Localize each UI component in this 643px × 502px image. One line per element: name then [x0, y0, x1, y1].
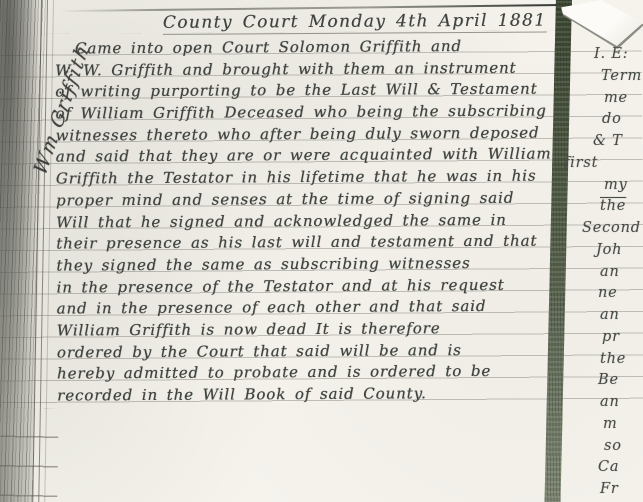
page-fragment: so — [604, 438, 643, 460]
page-fragment: m — [603, 416, 643, 438]
page-fragment: the — [600, 351, 643, 373]
handwritten-record: County Court Monday 4th April 1881 Came … — [55, 10, 559, 408]
record-line: Will that he signed and acknowledged the… — [56, 210, 558, 235]
page-fragment: an — [600, 264, 643, 286]
page-fragment: do — [602, 111, 643, 133]
record-line: in the presence of the Testator and at h… — [56, 275, 558, 300]
record-line: Came into open Court Solomon Griffith an… — [75, 36, 557, 61]
page-fragment: Term — [601, 68, 643, 90]
record-line: their presence as his last will and test… — [56, 232, 558, 257]
page-fragment: Ca — [598, 459, 643, 481]
adjacent-page-fragments: I. E:Termmedo& TfirstmytheSecondJohannea… — [588, 46, 643, 502]
record-line: witnesses thereto who after being duly s… — [55, 123, 557, 148]
record-line: of writing purporting to be the Last Wil… — [55, 80, 557, 105]
page-fragment: first — [564, 155, 643, 177]
record-line: of William Griffith Deceased who being t… — [55, 102, 557, 127]
page-fragment: pr — [602, 329, 643, 351]
record-line: they signed the same as subscribing witn… — [56, 253, 558, 278]
record-line: William Griffith is now dead It is there… — [57, 318, 559, 343]
page-fragment: an — [600, 307, 643, 329]
record-line: ordered by the Court that said will be a… — [57, 340, 559, 365]
record-line: and said that they are or were acquainte… — [56, 145, 558, 170]
page-fragment: an — [600, 394, 643, 416]
scanned-court-record-page: Wm Griffith County Court Monday 4th Apri… — [0, 0, 643, 502]
page-fragment: Second — [582, 220, 643, 242]
page-fragment: I. E: — [594, 46, 643, 68]
record-line: and in the presence of each other and th… — [57, 297, 559, 322]
page-fragment: Joh — [596, 242, 643, 264]
record-line: hereby admitted to probate and is ordere… — [57, 362, 559, 387]
record-heading: County Court Monday 4th April 1881 — [163, 10, 557, 38]
page-fragment: & T — [593, 133, 643, 155]
record-body: Came into open Court Solomon Griffith an… — [55, 36, 559, 408]
page-fragment: Be — [598, 372, 643, 394]
page-fragment: my — [604, 177, 643, 199]
record-line: Griffith the Testator in his lifetime th… — [56, 167, 558, 192]
record-line: W. W. Griffith and brought with them an … — [55, 58, 557, 83]
page-fragment: Fr — [600, 481, 643, 502]
page-fragment: the — [600, 198, 643, 220]
record-line: proper mind and senses at the time of si… — [56, 188, 558, 213]
record-line: recorded in the Will Book of said County… — [57, 383, 559, 408]
page-fragment: ne — [598, 285, 643, 307]
page-fragment: me — [604, 90, 643, 112]
